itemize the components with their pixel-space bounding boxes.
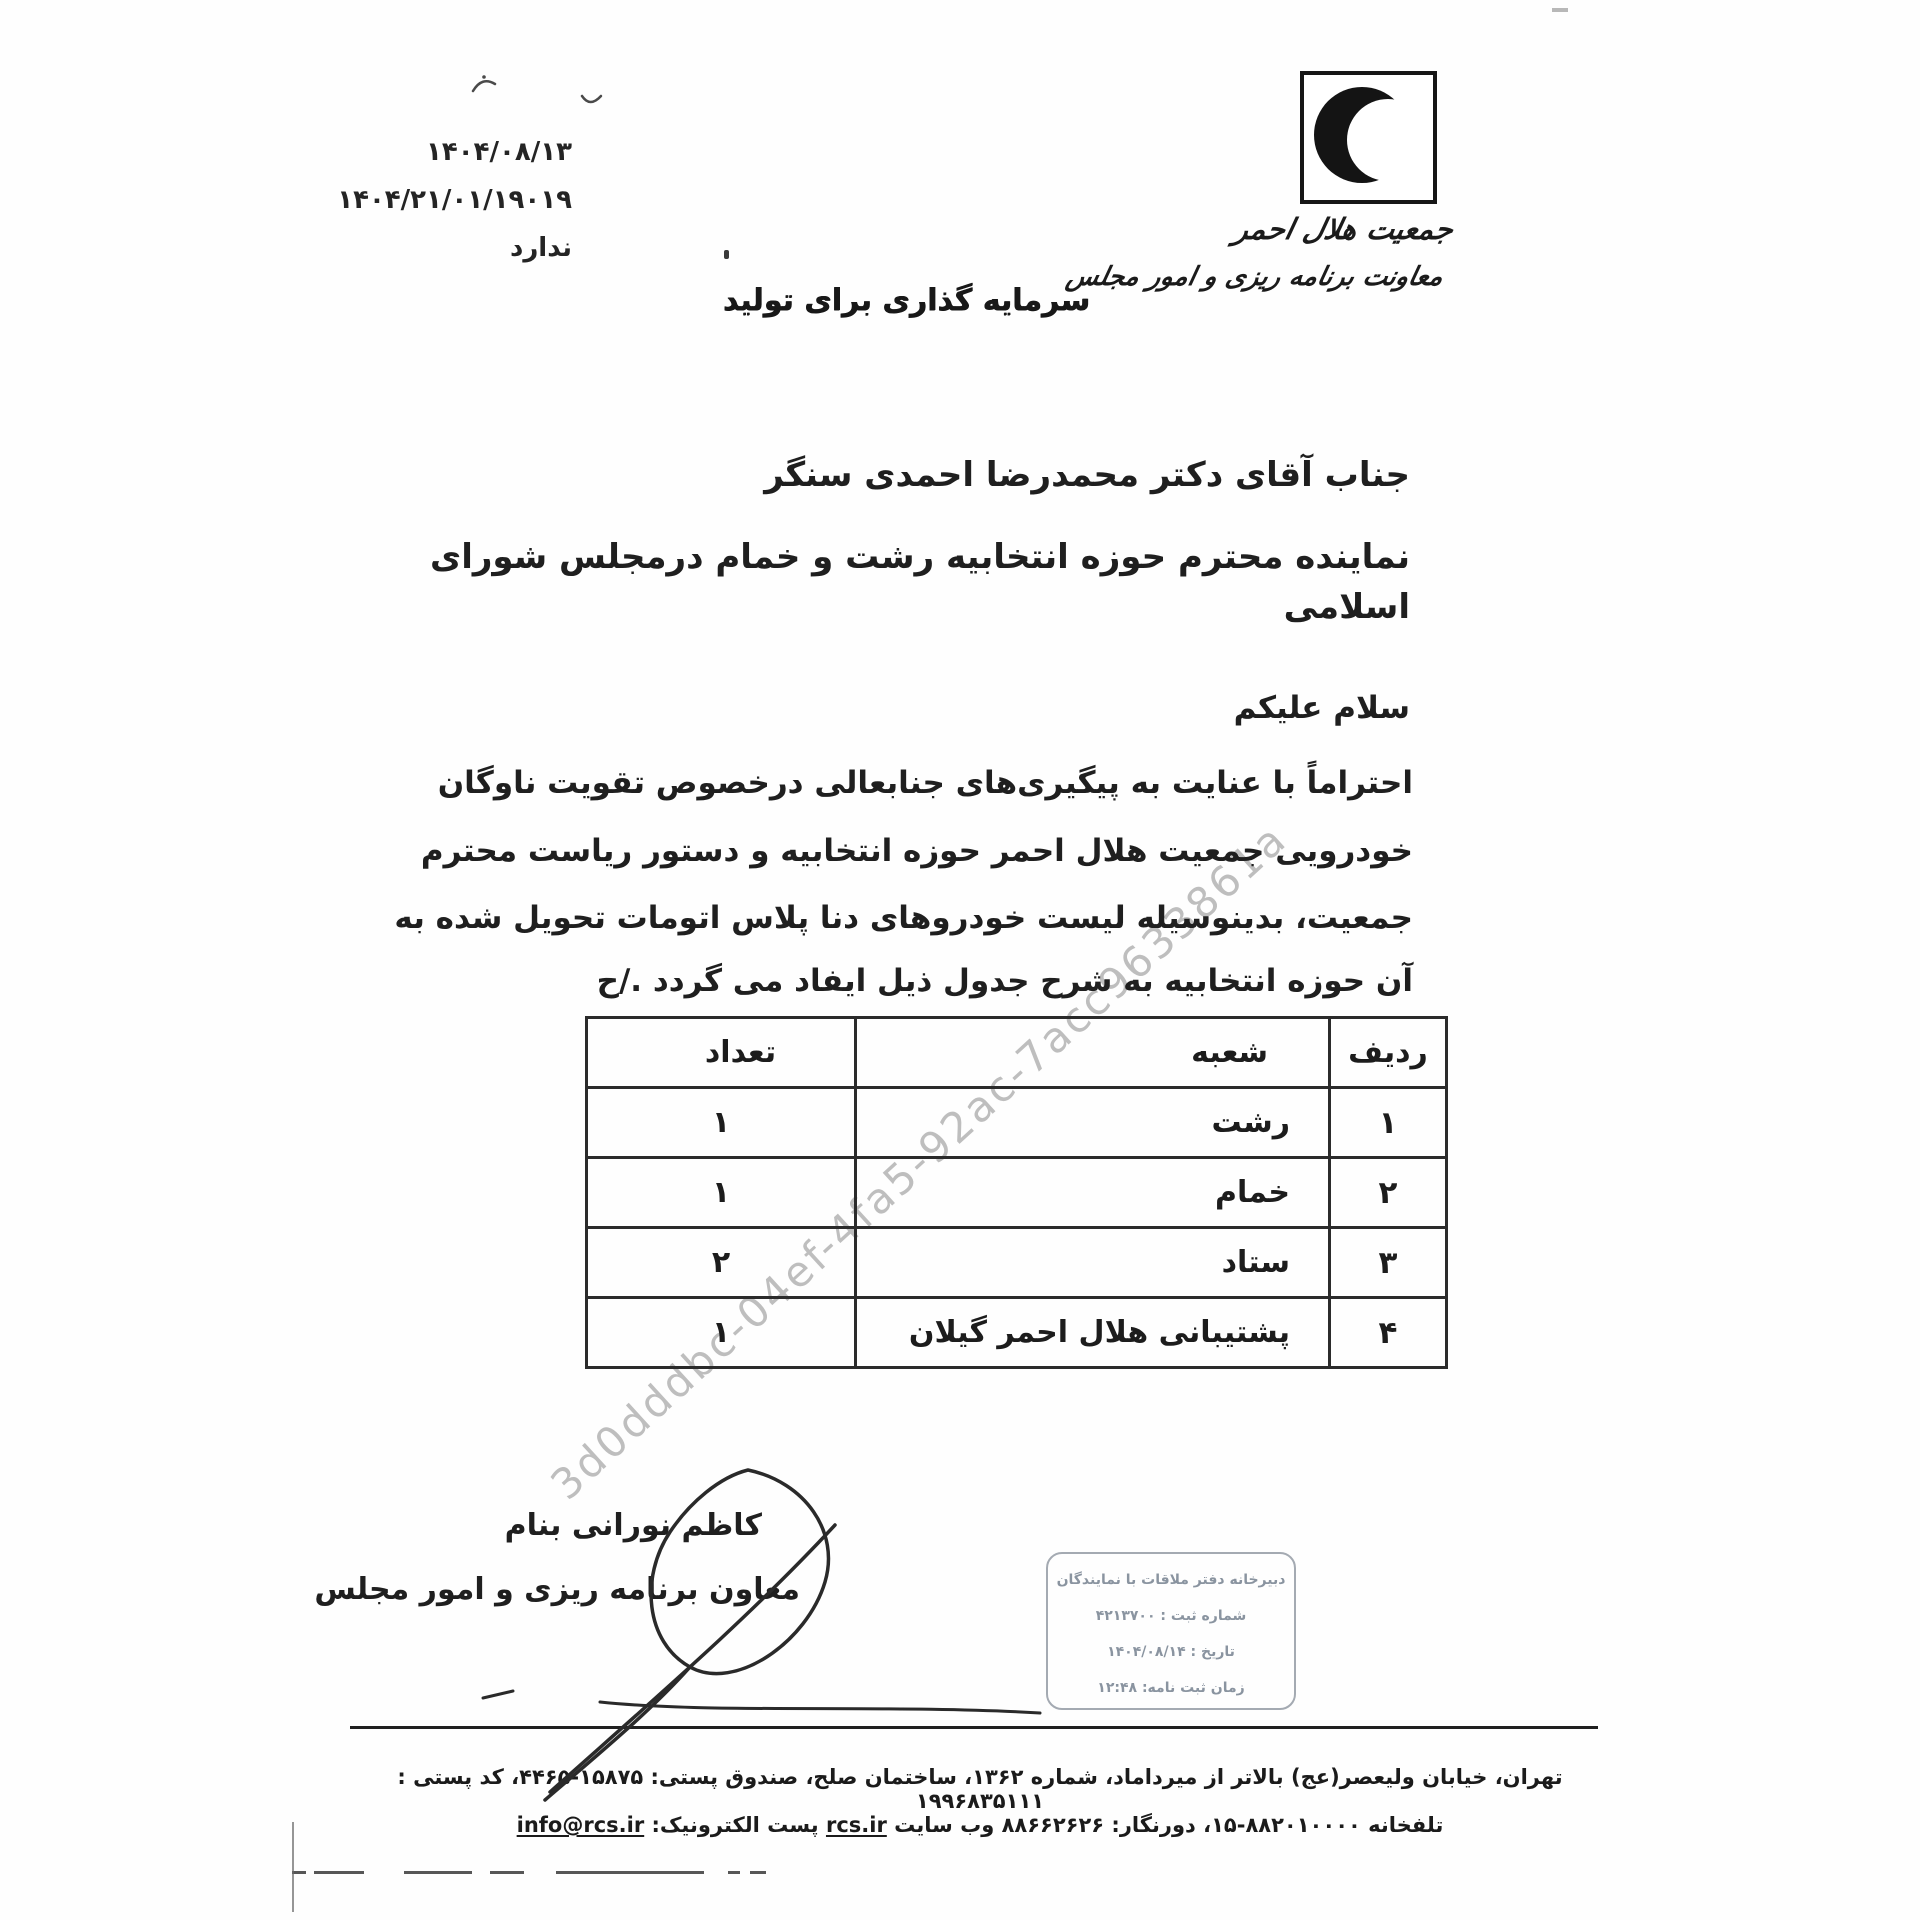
- scan-artifact: [556, 1871, 704, 1874]
- cell-branch: خمام: [856, 1158, 1330, 1228]
- crescent-icon: [1304, 75, 1433, 200]
- cell-branch: ستاد: [856, 1228, 1330, 1298]
- cell-row-number: ۲: [1330, 1158, 1447, 1228]
- cell-row-number: ۳: [1330, 1228, 1447, 1298]
- scan-artifact: [724, 250, 729, 259]
- scan-artifact: [1552, 8, 1568, 12]
- cell-count: ۲: [587, 1228, 856, 1298]
- org-calligraphy: جمعیت هلال احمر معاونت برنامه ریزی و امو…: [1062, 204, 1459, 300]
- cell-row-number: ۴: [1330, 1298, 1447, 1368]
- recipient-title-line2: اسلامی: [1284, 587, 1410, 627]
- table-row: ۳ ستاد ۲: [587, 1228, 1447, 1298]
- vehicle-allocation-table: ردیف شعبه تعداد ۱ رشت ۱ ۲ خمام ۱ ۳ ستاد …: [585, 1016, 1448, 1369]
- body-line: خودرویی جمعیت هلال احمر حوزه انتخابیه و …: [455, 833, 1413, 869]
- letter-number: ۱۴۰۴/۲۱/۰۱/۱۹۰۱۹: [300, 176, 572, 224]
- stamp-register-number: شماره ثبت : ۴۲۱۳۷۰۰: [1048, 1598, 1294, 1634]
- cell-count: ۱: [587, 1088, 856, 1158]
- registration-stamp: دبیرخانه دفتر ملاقات با نمایندگان شماره …: [1046, 1552, 1296, 1710]
- table-row: ۲ خمام ۱: [587, 1158, 1447, 1228]
- cell-count: ۱: [587, 1158, 856, 1228]
- table-row: ۴ پشتیبانی هلال احمر گیلان ۱: [587, 1298, 1447, 1368]
- page-edge-line: [292, 1822, 294, 1912]
- scan-artifact: [314, 1871, 364, 1874]
- footer-contact-prefix: تلفخانه ۸۸۲۰۱۰۰۰۰-۱۵، دورنگار: ۸۸۶۶۲۶۲۶ …: [887, 1813, 1444, 1837]
- stamp-time: زمان ثبت نامه: ۱۲:۴۸: [1048, 1670, 1294, 1706]
- email-link: info@rcs.ir: [517, 1813, 645, 1837]
- red-crescent-logo: [1300, 71, 1437, 204]
- scan-artifact: [728, 1871, 740, 1874]
- header-count: تعداد: [587, 1018, 856, 1088]
- table-row: ۱ رشت ۱: [587, 1088, 1447, 1158]
- cell-count: ۱: [587, 1298, 856, 1368]
- scanned-letter-page: 3d0dddbc-04ef-4fa5-92ac-7acc9633861a ۱۴۰…: [0, 0, 1920, 1920]
- scan-artifact: [750, 1871, 766, 1874]
- handwritten-signature: [455, 1462, 1075, 1807]
- cell-branch: رشت: [856, 1088, 1330, 1158]
- table-header-row: ردیف شعبه تعداد: [587, 1018, 1447, 1088]
- body-line: احتراماً با عنایت به پیگیری‌های جنابعالی…: [455, 765, 1413, 801]
- body-line: آن حوزه انتخابیه به شرح جدول ذیل ایفاد م…: [455, 963, 1413, 999]
- stamp-office: دبیرخانه دفتر ملاقات با نمایندگان: [1048, 1562, 1294, 1598]
- scan-artifact: [490, 1871, 524, 1874]
- attachment-status: ندارد: [300, 224, 572, 272]
- org-name: جمعیت هلال احمر: [1071, 204, 1458, 254]
- pen-mark-icon: [580, 90, 604, 110]
- footer-contact-mid: پست الکترونیک:: [644, 1813, 826, 1837]
- recipient-title-line: نماینده محترم حوزه انتخابیه رشت و خمام د…: [430, 537, 1410, 577]
- salutation: سلام علیکم: [1234, 690, 1410, 726]
- body-line: جمعیت، بدینوسیله لیست خودروهای دنا پلاس …: [455, 900, 1413, 936]
- org-department: معاونت برنامه ریزی و امور مجلس: [1062, 254, 1448, 300]
- cell-branch: پشتیبانی هلال احمر گیلان: [856, 1298, 1330, 1368]
- website-link: rcs.ir: [826, 1813, 887, 1837]
- reference-block: ۱۴۰۴/۰۸/۱۳ ۱۴۰۴/۲۱/۰۱/۱۹۰۱۹ ندارد: [300, 128, 572, 272]
- pen-mark-icon: [470, 74, 500, 98]
- header-row-number: ردیف: [1330, 1018, 1447, 1088]
- header-branch: شعبه: [856, 1018, 1330, 1088]
- recipient-name-line: جناب آقای دکتر محمدرضا احمدی سنگر: [764, 455, 1410, 495]
- cell-row-number: ۱: [1330, 1088, 1447, 1158]
- subject-line: سرمایه گذاری برای تولید: [723, 283, 1090, 318]
- scan-artifact: [404, 1871, 472, 1874]
- letter-date: ۱۴۰۴/۰۸/۱۳: [300, 128, 572, 176]
- footer-contacts: تلفخانه ۸۸۲۰۱۰۰۰۰-۱۵، دورنگار: ۸۸۶۶۲۶۲۶ …: [340, 1813, 1620, 1837]
- stamp-date: تاریخ : ۱۴۰۴/۰۸/۱۴: [1048, 1634, 1294, 1670]
- scan-artifact: [292, 1871, 306, 1874]
